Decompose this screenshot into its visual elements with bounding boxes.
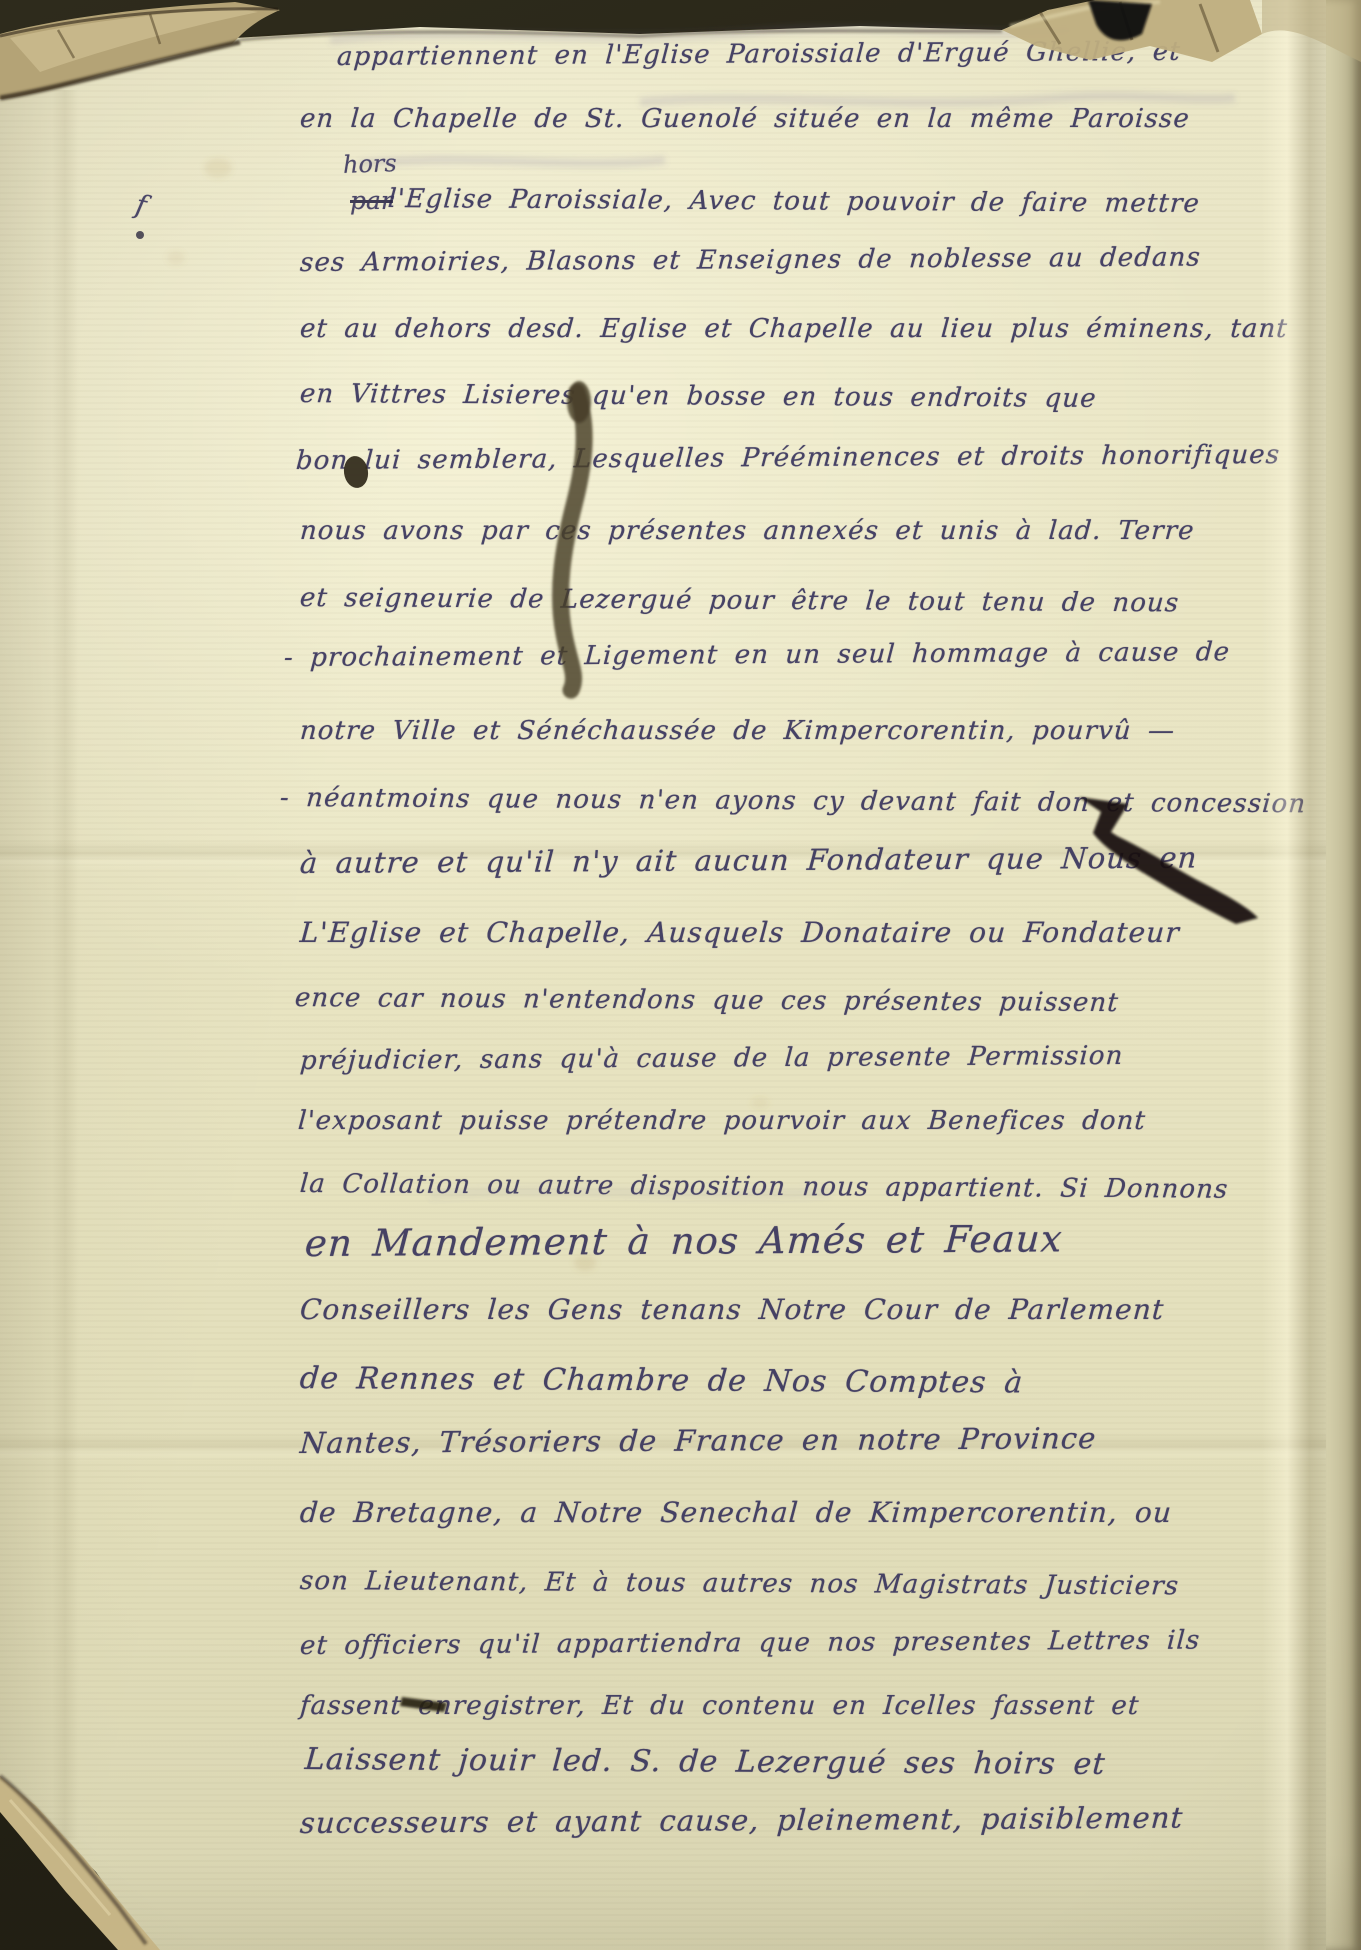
manuscript-line: appartiennent en l'Eglise Paroissiale d'… xyxy=(336,37,1182,72)
manuscript-line: en Mandement à nos Amés et Feaux xyxy=(304,1217,1064,1265)
paper-sheet: appartiennent en l'Eglise Paroissiale d'… xyxy=(0,0,1361,1950)
manuscript-line: à autre et qu'il n'y ait aucun Fondateur… xyxy=(299,841,1199,880)
manuscript-line: - prochainement et Ligement en un seul h… xyxy=(283,637,1231,673)
manuscript-line: en la Chapelle de St. Guenolé située en … xyxy=(299,104,1191,134)
manuscript-line: son Lieutenant, Et à tous autres nos Mag… xyxy=(299,1566,1180,1601)
right-fold-crease xyxy=(1262,0,1328,1950)
horizontal-crease xyxy=(0,840,1361,870)
margin-correction-hors: hors xyxy=(343,149,398,179)
manuscript-line: de Rennes et Chambre de Nos Comptes à xyxy=(299,1361,1025,1400)
manuscript-line: en Vittres Lisieres qu'en bosse en tous … xyxy=(299,379,1098,414)
manuscript-line: l'Eglise Paroissiale, Avec tout pouvoir … xyxy=(387,184,1201,219)
left-edge-crease xyxy=(52,90,78,1840)
horizontal-crease xyxy=(0,1432,1361,1462)
manuscript-line: ence car nous n'entendons que ces présen… xyxy=(294,983,1120,1018)
manuscript-line: préjudicier, sans qu'à cause de la prese… xyxy=(299,1041,1124,1076)
manuscript-line: et seigneurie de Lezergué pour être le t… xyxy=(299,583,1181,618)
manuscript-line: Laissent jouir led. S. de Lezergué ses h… xyxy=(304,1742,1107,1782)
manuscript-line: Conseillers les Gens tenans Notre Cour d… xyxy=(299,1293,1166,1326)
manuscript-line: de Bretagne, a Notre Senechal de Kimperc… xyxy=(299,1496,1173,1529)
manuscript-line: notre Ville et Sénéchaussée de Kimpercor… xyxy=(299,716,1176,746)
manuscript-line: fassent enregistrer, Et du contenu en Ic… xyxy=(299,1691,1141,1721)
right-page-edge xyxy=(1326,0,1361,1950)
manuscript-line: nous avons par ces présentes annexés et … xyxy=(299,516,1196,546)
manuscript-line: l'exposant puisse prétendre pourvoir aux… xyxy=(297,1106,1147,1136)
manuscript-line: ses Armoiries, Blasons et Enseignes de n… xyxy=(299,242,1202,278)
manuscript-line: et officiers qu'il appartiendra que nos … xyxy=(299,1626,1201,1661)
photo-of-manuscript: appartiennent en l'Eglise Paroissiale d'… xyxy=(0,0,1361,1950)
margin-mark-f: f xyxy=(133,189,149,221)
manuscript-line: successeurs et ayant cause, pleinement, … xyxy=(299,1801,1185,1840)
manuscript-line: Nantes, Trésoriers de France en notre Pr… xyxy=(299,1421,1098,1460)
manuscript-line: - néantmoins que nous n'en ayons cy deva… xyxy=(279,783,1308,819)
manuscript-line: L'Eglise et Chapelle, Ausquels Donataire… xyxy=(299,916,1181,949)
manuscript-line: et au dehors desd. Eglise et Chapelle au… xyxy=(299,314,1289,344)
manuscript-line: la Collation ou autre disposition nous a… xyxy=(299,1169,1230,1205)
manuscript-line: bon lui semblera, Lesquelles Prééminence… xyxy=(295,440,1281,476)
struck-out-word: par xyxy=(350,186,393,215)
